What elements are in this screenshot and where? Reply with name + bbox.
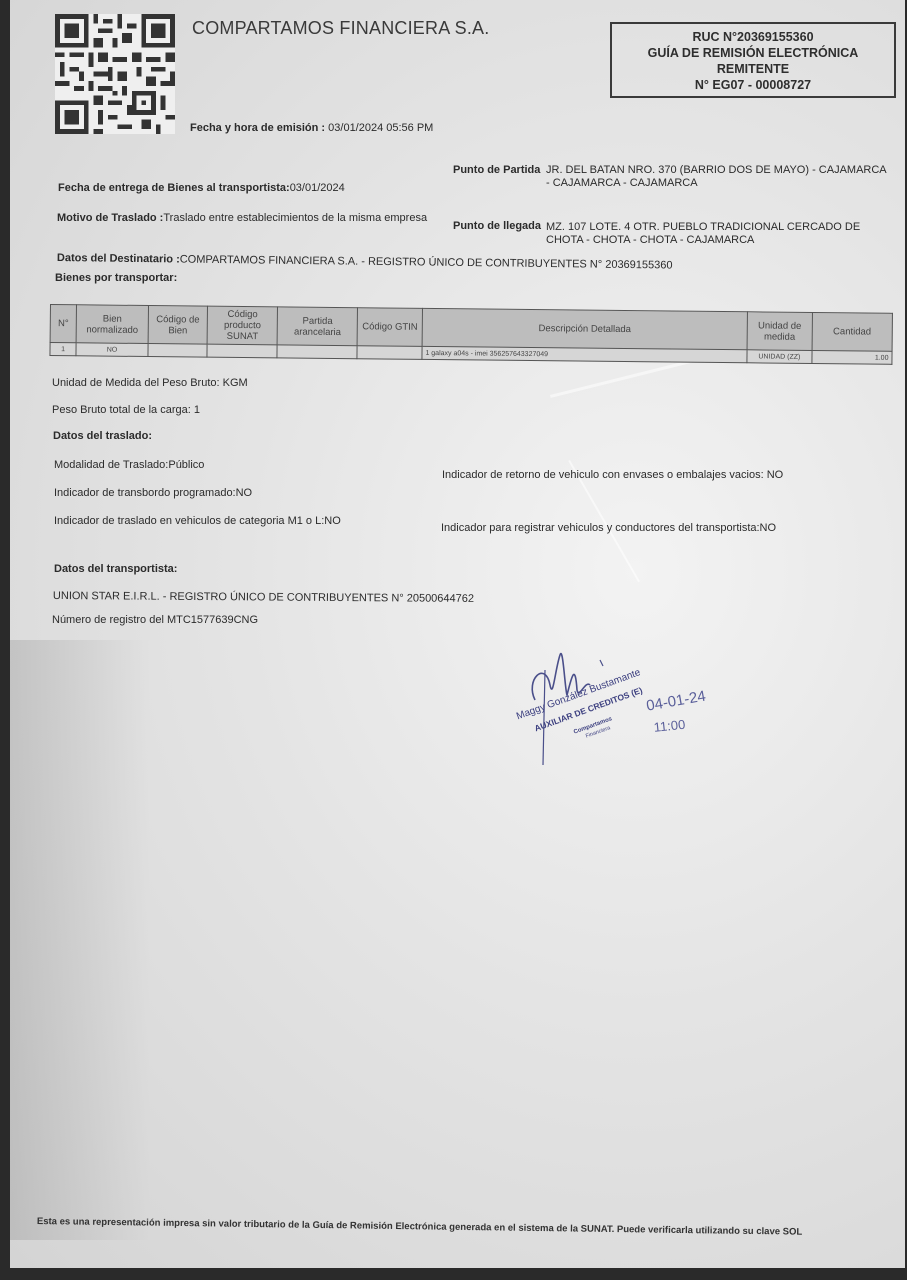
modalidad-traslado: Modalidad de Traslado:Público	[54, 459, 204, 471]
llegada-line1: MZ. 107 LOTE. 4 OTR. PUEBLO TRADICIONAL …	[546, 221, 860, 233]
cell-codigo-bien	[148, 344, 208, 358]
items-table: N° Bien normalizado Código de Bien Códig…	[49, 304, 892, 365]
cell-partida	[277, 345, 357, 359]
entrega-field: Fecha de entrega de Bienes al transporti…	[58, 182, 345, 194]
partida-line1: JR. DEL BATAN NRO. 370 (BARRIO DOS DE MA…	[546, 164, 887, 176]
ruc-number: RUC N°20369155360	[612, 29, 894, 45]
col-bien-normalizado: Bien normalizado	[76, 305, 148, 344]
entrega-label: Fecha de entrega de Bienes al transporti…	[58, 182, 290, 194]
guide-number: N° EG07 - 00008727	[612, 77, 894, 93]
bienes-label: Bienes por transportar:	[55, 272, 177, 284]
col-descripcion: Descripción Detallada	[422, 308, 748, 349]
peso-total-label: Peso Bruto total de la carga:	[52, 404, 191, 416]
peso-unidad-value: KGM	[223, 377, 248, 389]
indicador-transbordo: Indicador de transbordo programado:NO	[54, 487, 252, 499]
traslado-title: Datos del traslado:	[53, 430, 152, 442]
motivo-value: Traslado entre establecimientos de la mi…	[163, 212, 427, 224]
transportista-mtc: Número de registro del MTC1577639CNG	[52, 614, 258, 626]
indicador-retorno: Indicador de retorno de vehiculo con env…	[442, 469, 783, 481]
col-cantidad: Cantidad	[812, 312, 893, 351]
peso-total-value: 1	[194, 404, 200, 416]
motivo-field: Motivo de Traslado :Traslado entre estab…	[57, 212, 427, 224]
llegada-label: Punto de llegada	[453, 220, 541, 232]
company-name: COMPARTAMOS FINANCIERA S.A.	[192, 18, 489, 39]
indicador-categoria: Indicador de traslado en vehiculos de ca…	[54, 515, 341, 527]
destinatario-label: Datos del Destinatario :	[57, 252, 180, 266]
partida-label: Punto de Partida	[453, 164, 540, 176]
col-gtin: Código GTIN	[357, 308, 422, 347]
motivo-label: Motivo de Traslado :	[57, 212, 163, 224]
peso-total: Peso Bruto total de la carga: 1	[52, 404, 200, 416]
qr-code-icon	[55, 14, 175, 134]
cell-cantidad: 1.00	[812, 350, 892, 364]
cell-bien-normalizado: NO	[76, 343, 148, 357]
peso-unidad-label: Unidad de Medida del Peso Bruto:	[52, 377, 220, 389]
col-partida: Partida arancelaria	[277, 307, 358, 346]
entrega-value: 03/01/2024	[290, 182, 345, 194]
peso-unidad: Unidad de Medida del Peso Bruto: KGM	[52, 377, 248, 389]
ruc-box: RUC N°20369155360 GUÍA DE REMISIÓN ELECT…	[610, 22, 896, 98]
guide-title: GUÍA DE REMISIÓN ELECTRÓNICA	[612, 45, 894, 61]
cell-n: 1	[50, 343, 76, 356]
cell-unidad: UNIDAD (ZZ)	[747, 350, 812, 364]
indicador-registrar: Indicador para registrar vehiculos y con…	[441, 522, 776, 534]
col-codigo-sunat: Código producto SUNAT	[207, 306, 277, 345]
partida-line2: - CAJAMARCA - CAJAMARCA	[546, 177, 698, 189]
emission-label: Fecha y hora de emisión :	[190, 122, 325, 134]
emission-value: 03/01/2024 05:56 PM	[328, 122, 433, 134]
col-unidad: Unidad de medida	[747, 312, 812, 351]
cell-codigo-sunat	[207, 344, 277, 358]
emission-datetime: Fecha y hora de emisión : 03/01/2024 05:…	[190, 122, 433, 134]
col-codigo-bien: Código de Bien	[148, 306, 208, 345]
paper-shadow	[10, 640, 150, 1240]
cell-descripcion: 1 galaxy a04s - imei 356257643327049	[422, 346, 747, 362]
col-n: N°	[50, 305, 76, 343]
llegada-line2: CHOTA - CHOTA - CHOTA - CAJAMARCA	[546, 234, 754, 246]
guide-subtitle: REMITENTE	[612, 61, 894, 77]
signature-stamp: Maggy González Bustamante AUXILIAR DE CR…	[505, 640, 725, 770]
cell-gtin	[357, 346, 422, 360]
transportista-title: Datos del transportista:	[54, 563, 177, 575]
